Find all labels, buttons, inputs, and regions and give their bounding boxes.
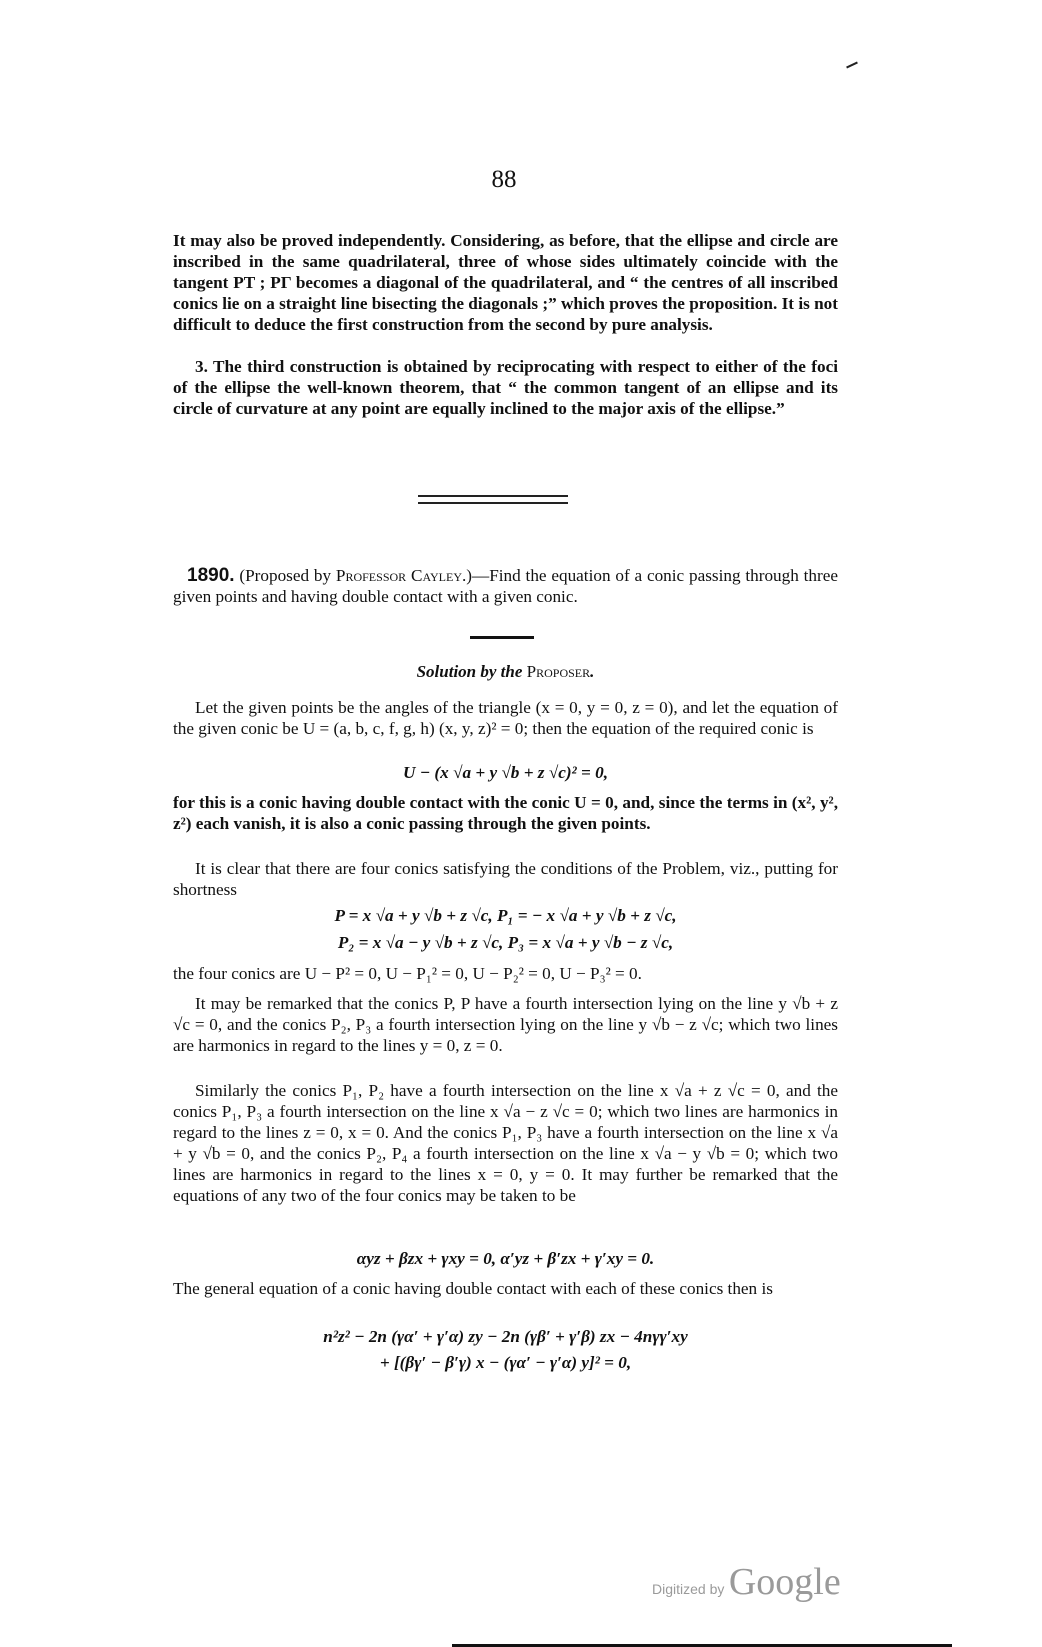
solution-heading: Solution by the Proposer. (173, 662, 838, 682)
scan-mark (846, 62, 858, 69)
solution-paragraph-7: The general equation of a conic having d… (173, 1278, 838, 1299)
problem-statement: 1890. (Proposed by Professor Cayley.)—Fi… (173, 565, 838, 607)
section-divider (418, 495, 568, 504)
proposer-name: Professor Cayley (336, 566, 462, 585)
solution-paragraph-3: It is clear that there are four conics s… (173, 858, 838, 900)
page-number: 88 (0, 166, 1008, 194)
solution-paragraph-6: Similarly the conics P₁, P₂ have a fourt… (173, 1080, 838, 1206)
equation-2b: P₂ = x √a − y √b + z √c, P₃ = x √a + y √… (173, 932, 838, 953)
equation-4b: + [(βγ′ − β′γ) x − (γα′ − γ′α) y]² = 0, (173, 1352, 838, 1373)
solution-paragraph-5: It may be remarked that the conics P, P … (173, 993, 838, 1056)
equation-3: αyz + βzx + γxy = 0, α′yz + β′zx + γ′xy … (173, 1248, 838, 1269)
paragraph-third-construction: 3. The third construction is obtained by… (173, 356, 838, 419)
solution-paragraph-1: Let the given points be the angles of th… (173, 697, 838, 739)
solution-paragraph-2: for this is a conic having double contac… (173, 792, 838, 834)
problem-number: 1890. (187, 565, 235, 586)
equation-1: U − (x √a + y √b + z √c)² = 0, (173, 762, 838, 783)
google-logo: Google (729, 1561, 841, 1603)
equation-2a: P = x √a + y √b + z √c, P₁ = − x √a + y … (173, 905, 838, 926)
paragraph-proof: It may also be proved independently. Con… (173, 230, 838, 335)
equation-4a: n²z² − 2n (γα′ + γ′α) zy − 2n (γβ′ + γ′β… (173, 1326, 838, 1347)
solution-paragraph-4: the four conics are U − P² = 0, U − P₁² … (173, 963, 838, 984)
problem-divider (470, 636, 534, 639)
google-watermark: Digitized by Google (652, 1560, 841, 1604)
